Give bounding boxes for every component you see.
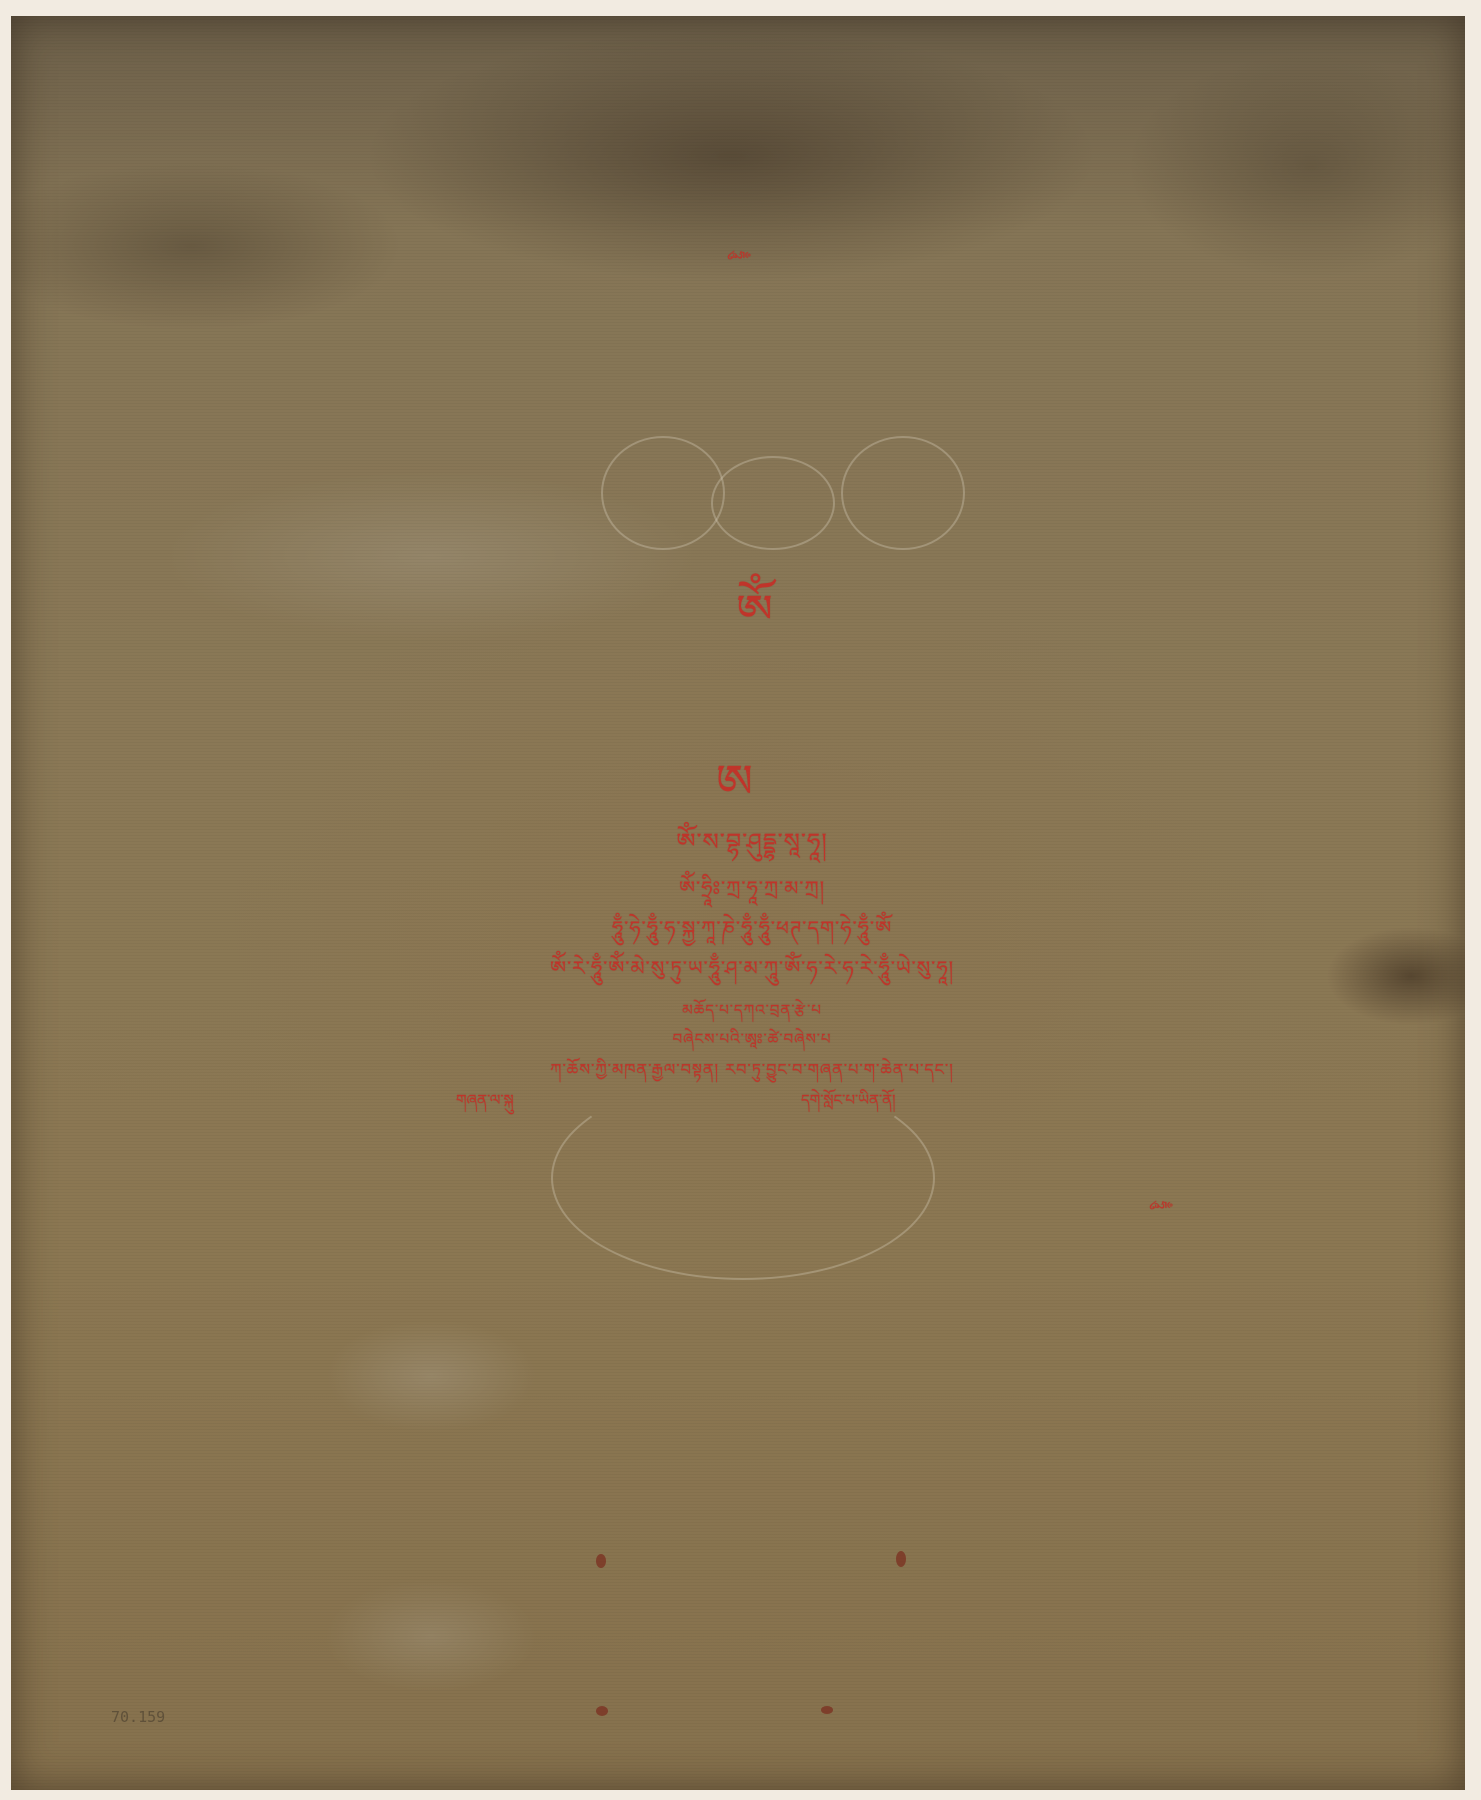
mantra-line-8-right: དགེ་སློང་པ་ཡིན་ནོ། xyxy=(801,1084,895,1126)
red-spot xyxy=(596,1706,608,1716)
lower-right-vertical-inscription: ཧཱུྃ xyxy=(1141,1201,1181,1209)
sketch-outline-right-lobe xyxy=(841,436,965,550)
sketch-outline-center xyxy=(711,456,835,550)
sketch-outline-left-lobe xyxy=(601,436,725,550)
thangka-reverse-canvas: ཧཱུྃ ཨོཾ ཨ ཨོཾ་ས་བྷ་ཤུདྡྷ་སཱ་ཧཱ། ཨོཾ་ཧྲཱ… xyxy=(11,16,1465,1790)
pencil-inventory-number: 70.159 xyxy=(111,1708,165,1726)
red-spot xyxy=(896,1551,906,1567)
red-spot xyxy=(821,1706,833,1714)
om-syllable: ཨོཾ xyxy=(736,561,773,690)
upper-vertical-inscription: ཧཱུྃ xyxy=(719,251,759,259)
red-spot xyxy=(596,1554,606,1568)
mantra-line-8-left: གཞན་ལ་སྐུ xyxy=(456,1084,514,1126)
